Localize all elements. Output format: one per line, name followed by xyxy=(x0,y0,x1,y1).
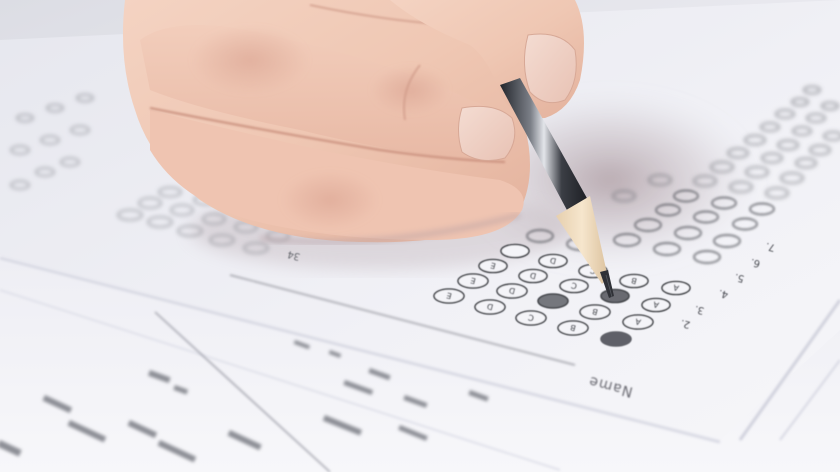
hand-and-pencil xyxy=(0,0,840,472)
fingernail xyxy=(459,106,515,160)
thumbnail xyxy=(524,34,576,103)
photo-scene: E D C B E D B A E D C A D C B A xyxy=(0,0,840,472)
